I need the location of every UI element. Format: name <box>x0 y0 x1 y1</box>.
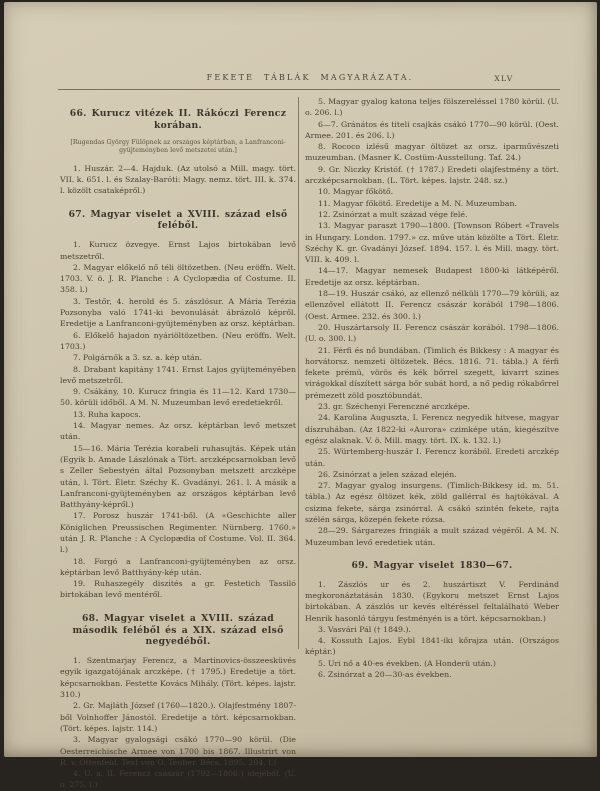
entry-paragraph: 24. Karolina Auguszta, I. Ferencz negyed… <box>305 412 559 446</box>
entry-paragraph: 2. Gr. Majláth József (1760—1820.). Olaj… <box>60 700 296 734</box>
entry-paragraph: 25. Würtemberg-huszár I. Ferencz korából… <box>305 446 559 469</box>
entry-paragraph: 9. Csákány, 10. Kurucz fringia és 11—12.… <box>60 386 296 409</box>
entry-paragraph: 6—7. Gránátos és titeli csajkás csákó 17… <box>305 119 559 142</box>
entry-paragraph: 4. Kossuth Lajos. Eybl 1841-iki kőrajza … <box>305 635 559 658</box>
entry-paragraph: 3. Vasvári Pál († 1849.). <box>305 624 559 635</box>
entry-paragraph: 11. Magyar főkötő. Eredetije a M. N. Muz… <box>305 198 559 209</box>
entry-paragraph: 13. Ruha kapocs. <box>60 409 296 420</box>
entry-paragraph: 14—17. Magyar nemesek Budapest 1800-ki l… <box>305 265 559 288</box>
entry-paragraph: 6. Előkelő hajadon nyáriöltözetben. (Neu… <box>60 330 296 353</box>
entry-paragraph: 1. Huszár. 2—4. Hajduk. (Az utolsó a Mil… <box>60 163 296 197</box>
entry-paragraph: 18. Forgó a Lanfranconi-gyüjteményben az… <box>60 556 296 579</box>
section-heading: 69. Magyar viselet 1830—67. <box>305 560 559 572</box>
column-divider-line <box>298 97 299 649</box>
entry-paragraph: 20. Huszártarsoly II. Ferencz császár ko… <box>305 322 559 345</box>
entry-paragraph: 1. Zászlós ur és 2. huszártiszt V. Ferdi… <box>305 579 559 624</box>
entry-paragraph: 7. Polgárnők a 3. sz. a. kép után. <box>60 352 296 363</box>
entry-paragraph: 3. Testőr, 4. herold és 5. zászlósur. A … <box>60 296 296 330</box>
entry-paragraph: 17. Porosz huszár 1741-ből. (A «Geschich… <box>60 510 296 555</box>
entry-paragraph: 21. Férfi és nő bundában. (Timlich és Bi… <box>305 345 559 401</box>
entry-paragraph: 1. Kurucz özvegye. Ernst Lajos birtokába… <box>60 239 296 262</box>
entry-paragraph: 5. Uri nő a 40-es években. (A Honderü ut… <box>305 658 559 669</box>
scanned-page-photo: { "colors": { "paper": "#cfc6af", "ink":… <box>0 0 600 762</box>
entry-paragraph: 26. Zsinórzat a jelen század elején. <box>305 469 559 480</box>
entry-paragraph: 5. Magyar gyalog katona teljes fölszerel… <box>305 96 559 119</box>
entry-paragraph: 3. Magyar gyalogsági csákó 1770—90 körül… <box>60 734 296 762</box>
entry-paragraph: 19. Ruhaszegély diszités a gr. Festetich… <box>60 578 296 601</box>
entry-paragraph: 10. Magyar főkötő. <box>305 186 559 197</box>
page-number: XLV <box>474 74 534 83</box>
right-column: 5. Magyar gyalog katona teljes fölszerel… <box>305 96 559 680</box>
book-page: FEKETE TÁBLÁK MAGYARÁZATA. XLV 66. Kuruc… <box>4 2 597 757</box>
left-column: 66. Kurucz vitézek II. Rákóczi Ferencz k… <box>60 96 296 762</box>
entry-paragraph: 8. Rococo izlésű magyar öltözet az orsz.… <box>305 141 559 164</box>
entry-paragraph: 9. Gr. Niczky Kristóf. († 1787.) Eredeti… <box>305 164 559 187</box>
entry-paragraph: 12. Zsinórzat a mult század vége felé. <box>305 209 559 220</box>
section-heading: 66. Kurucz vitézek II. Rákóczi Ferencz k… <box>60 108 296 132</box>
entry-paragraph: 15—16. Mária Terézia korabeli ruhasujtás… <box>60 443 296 511</box>
entry-paragraph: 1. Szentmarjay Ferencz, a Martinovics-ös… <box>60 655 296 700</box>
entry-paragraph: 23. gr. Széchenyi Ferenczné arczképe. <box>305 401 559 412</box>
entry-paragraph: 6. Zsinórzat a 20—30-as években. <box>305 669 559 680</box>
entry-paragraph: 28—29. Sárgarezes fringiák a mult század… <box>305 525 559 548</box>
section-heading: 68. Magyar viselet a XVIII. század másod… <box>60 613 296 648</box>
source-caption: [Rugendas György Fülöpnek az országos ké… <box>70 139 286 156</box>
entry-paragraph: 27. Magyar gyalog insurgens. (Timlich-Bi… <box>305 480 559 525</box>
entry-paragraph: 18—19. Huszár csákó, az ellenző nélküli … <box>305 288 559 322</box>
entry-paragraph: 14. Magyar nemes. Az orsz. képtárban lev… <box>60 420 296 443</box>
entry-paragraph: 13. Magyar paraszt 1790—1800. [Townson R… <box>305 220 559 265</box>
entry-paragraph: 2. Magyar előkelő nő téli öltözetben. (N… <box>60 262 296 296</box>
section-heading: 67. Magyar viselet a XVIII. század első … <box>60 209 296 233</box>
header-rule <box>58 89 560 90</box>
entry-paragraph: 8. Drabant kapitány 1741. Ernst Lajos gy… <box>60 364 296 387</box>
